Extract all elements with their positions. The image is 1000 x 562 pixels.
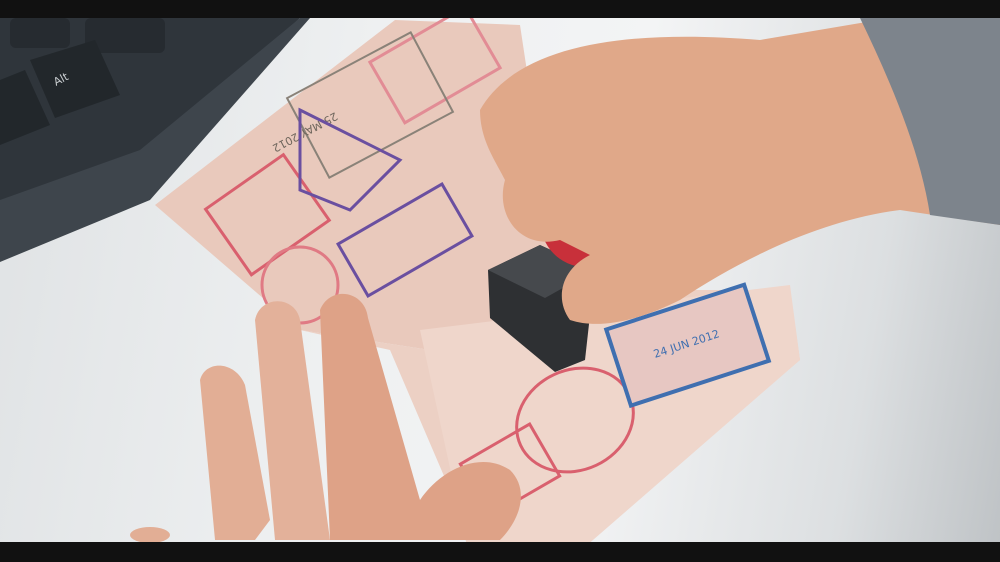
letterbox-bottom <box>0 542 1000 562</box>
letterbox-top <box>0 0 1000 18</box>
scene-illustration: Alt 25 MAY 2012 24 <box>0 18 1000 542</box>
video-frame: Alt 25 MAY 2012 24 <box>0 0 1000 562</box>
photo: Alt 25 MAY 2012 24 <box>0 18 1000 542</box>
